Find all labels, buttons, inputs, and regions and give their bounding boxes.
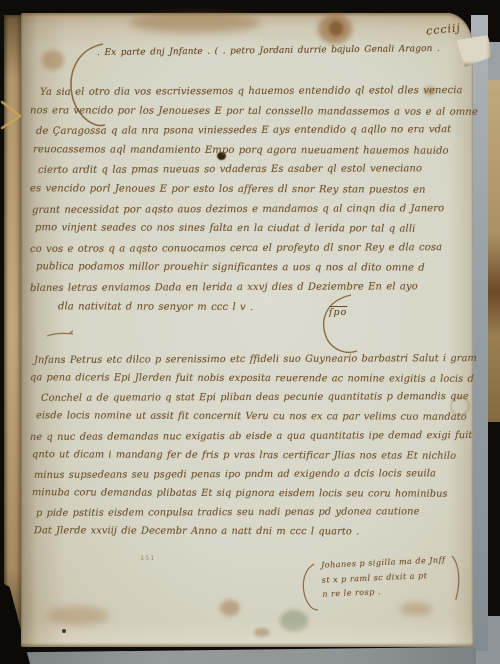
stain	[329, 21, 343, 36]
chancery-note-lines: Johanes p sigilla ma de Jnffst x p raml …	[321, 553, 447, 602]
text-line: ne q nuc deas demandas nuc exigatis ab e…	[30, 430, 466, 451]
paragraph-1: Ya sia el otro dia vos escriviessemos q …	[30, 86, 466, 321]
text-line: eisde locis nomine ut assit fit concerni…	[36, 411, 466, 432]
text-line: p pide pstitis eisdem conpulsa tradics s…	[36, 506, 466, 527]
chancery-note: Johanes p sigilla ma de Jnffst x p raml …	[298, 549, 471, 618]
stain	[220, 600, 240, 616]
text-line: qnto ut dicam i mandang fer de fris p vr…	[32, 449, 466, 470]
text-line: dla nativitat d nro senyor m ccc l v .	[58, 301, 466, 322]
text-line: grant necessidat por aqsto auos dezimos …	[32, 203, 466, 224]
section-paraph: ſpo	[315, 293, 367, 355]
text-line: nos era vencido por los Jenoueses E por …	[30, 105, 466, 126]
text-line: blanes letras enviamos Dada en lerida a …	[30, 281, 466, 302]
text-line: de Çaragossa q ala nra psona viniessedes…	[36, 124, 466, 145]
binding-gutter-leaf	[4, 15, 22, 645]
note-flourish-right-icon	[450, 554, 464, 602]
manuscript-page: ccciij . Ex parte dnj Jnfante . ( . petr…	[21, 13, 473, 647]
paraph-crescent-icon	[315, 293, 367, 355]
text-line: cierto ardit q las pmas nueuas so vdader…	[38, 163, 466, 184]
manuscript-photo: ccciij . Ex parte dnj Jnfante . ( . petr…	[0, 0, 500, 664]
stain	[254, 628, 270, 637]
paragraph-2: Jnfans Petrus etc dilco p serenissimo et…	[30, 354, 466, 545]
folio-number: ccciij	[425, 21, 461, 38]
paraph-label: ſpo	[329, 307, 347, 318]
table-surface	[24, 646, 476, 664]
text-line: qa pena diceris Epi Jlerden fuit nobis e…	[30, 372, 466, 393]
stain	[130, 13, 260, 33]
outer-leaf-edge	[486, 80, 500, 422]
text-line: publica podamos millor prouehir signific…	[36, 262, 466, 283]
text-line: es vencido porl Jenoues E por esto los a…	[30, 183, 466, 204]
text-line: Dat Jlerde xxviij die Decembr Anno a nat…	[34, 526, 466, 547]
text-line: pmo vinjent seades co nos sines falta en…	[35, 222, 466, 243]
text-line: Ya sia el otro dia vos escriviessemos q …	[40, 85, 466, 106]
text-line: minuba coru demandas plibatas Et siq pig…	[32, 487, 466, 508]
text-line: reuocassemos aql mandamiento Empo porq a…	[33, 144, 466, 165]
text-line: Jnfans Petrus etc dilco p serenissimo et…	[34, 353, 466, 374]
text-line: minus supsedeans seu psgedi penas ipo pn…	[34, 468, 466, 489]
pencil-number: 151	[140, 554, 155, 562]
margin-dash-icon	[45, 330, 75, 340]
stain	[48, 606, 108, 626]
stain	[42, 50, 64, 70]
heading-text: . Ex parte dnj Jnfante . ( . petro Jorda…	[97, 44, 440, 58]
speck	[62, 629, 66, 633]
text-line: co vos e otros q a aqsto conuocamos cerc…	[30, 242, 466, 263]
note-flourish-left-icon	[298, 562, 320, 613]
stain	[318, 14, 352, 44]
text-line: Conchel a de quemario q stat Epi pliban …	[41, 391, 466, 412]
